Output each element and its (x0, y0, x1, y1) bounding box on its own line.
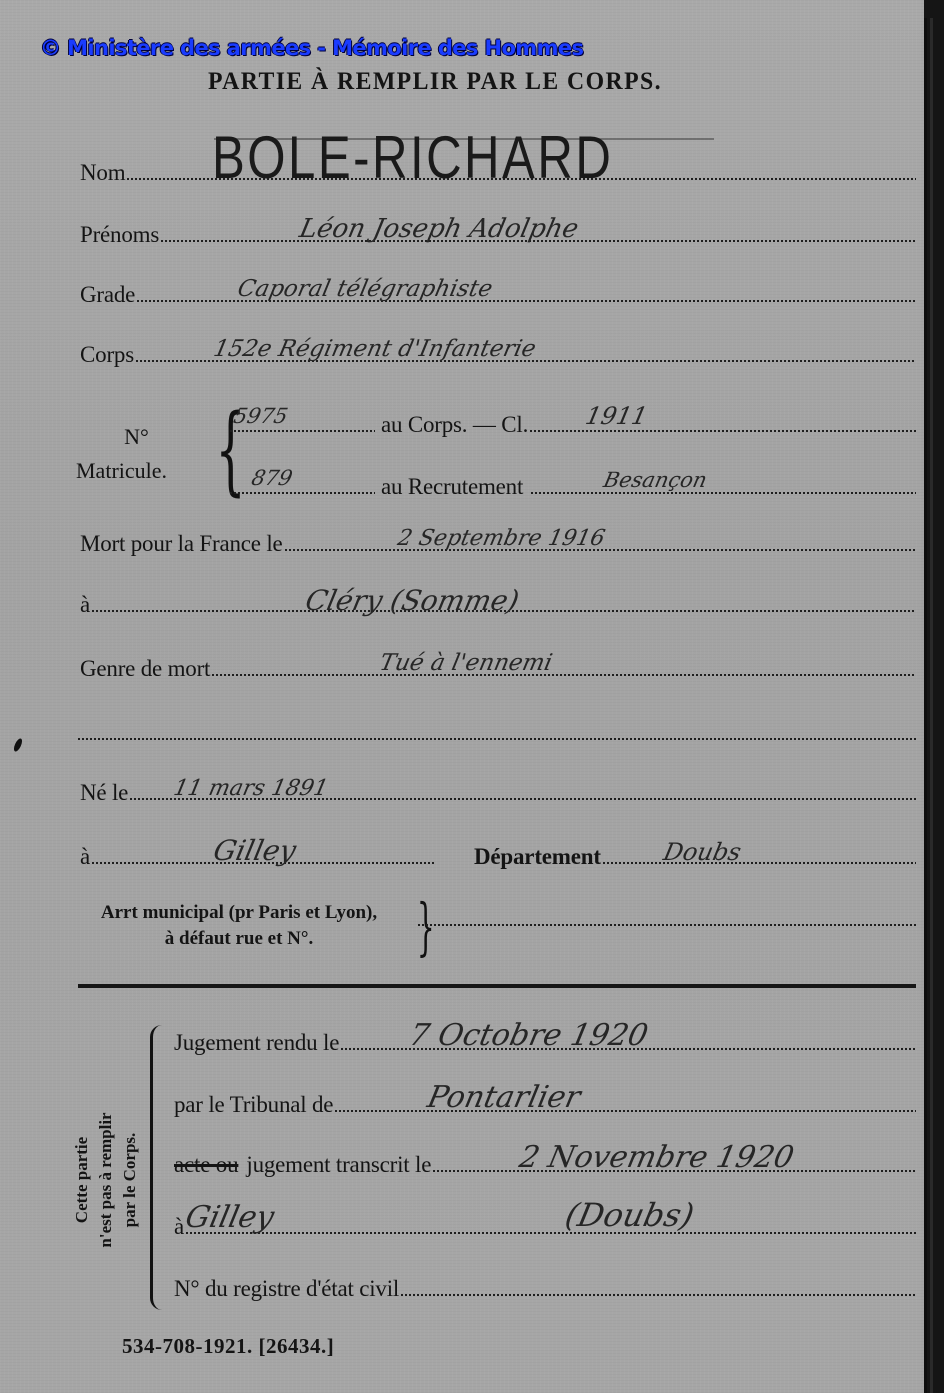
classe-value: 1911 (583, 402, 650, 430)
dotted-line (186, 1232, 916, 1234)
field-matricule-corps: au Corps. — Cl. (230, 412, 916, 438)
mort-le-value: 2 Septembre 1916 (395, 526, 607, 551)
dotted-line (401, 1294, 916, 1296)
prenoms-label: Prénoms (80, 222, 159, 248)
copyright-watermark: © Ministère des armées - Mémoire des Hom… (40, 36, 583, 60)
prenoms-value: Léon Joseph Adolphe (297, 214, 581, 244)
jugement-rendu-value: 7 Octobre 1920 (406, 1018, 651, 1053)
section-divider (78, 984, 916, 988)
nom-value: BOLE-RICHARD (212, 128, 613, 188)
dotted-line (603, 862, 916, 864)
ink-spot (12, 737, 23, 752)
mort-a-label: à (80, 592, 90, 618)
field-arrondissement (418, 916, 916, 926)
matricule-recrutement-number: 879 (249, 466, 294, 490)
dotted-line (212, 674, 916, 676)
matricule-label-text: Matricule. (76, 454, 167, 488)
field-transcrit-a: à (174, 1214, 916, 1240)
au-recrutement-label: au Recrutement (381, 474, 523, 500)
field-grade: Grade (80, 282, 916, 308)
document-page: © Ministère des armées - Mémoire des Hom… (0, 0, 944, 1393)
ne-le-label: Né le (80, 780, 128, 806)
tribunal-value: Pontarlier (424, 1080, 583, 1115)
arrondissement-label-line2: à défaut rue et N°. (74, 926, 404, 952)
mort-a-value: Cléry (Somme) (302, 584, 522, 617)
dotted-line (418, 924, 916, 926)
corps-label: Corps (80, 342, 134, 368)
genre-de-mort-label: Genre de mort (80, 656, 210, 682)
transcrit-value: 2 Novembre 1920 (516, 1140, 797, 1175)
dotted-line (230, 492, 375, 494)
transcrit-label: jugement transcrit le (246, 1152, 431, 1178)
side-note-line2: n'est pas à remplir (94, 1080, 118, 1280)
transcrit-a-value: Gilley (182, 1200, 277, 1235)
grade-label: Grade (80, 282, 135, 308)
border-line (924, 18, 927, 1393)
tribunal-label: par le Tribunal de (174, 1092, 333, 1118)
ne-a-value: Gilley (210, 834, 299, 867)
genre-de-mort-value: Tué à l'ennemi (377, 650, 554, 676)
dotted-line (230, 430, 375, 432)
judgement-brace (150, 1025, 163, 1310)
registre-label: N° du registre d'état civil (174, 1276, 399, 1302)
departement-value: Doubs (661, 838, 744, 866)
side-note-not-for-corps: Cette partie n'est pas à remplir par le … (70, 1080, 142, 1280)
matricule-label-n: N° (106, 420, 167, 454)
acte-ou-struck-label: acte ou (174, 1152, 238, 1178)
transcrit-a-label: à (174, 1214, 184, 1240)
dotted-line (78, 738, 916, 740)
arrondissement-label: Arrt municipal (pr Paris et Lyon), à déf… (74, 900, 404, 952)
matricule-label: N° Matricule. (76, 420, 167, 488)
side-note-line3: par le Corps. (118, 1080, 142, 1280)
au-corps-label: au Corps. — Cl. (381, 412, 528, 438)
jugement-rendu-label: Jugement rendu le (174, 1030, 339, 1056)
field-registre: N° du registre d'état civil (174, 1276, 916, 1302)
mort-le-label: Mort pour la France le (80, 531, 283, 557)
ne-a-label: à (80, 844, 90, 870)
scan-edge (924, 0, 944, 1393)
side-note-line1: Cette partie (70, 1080, 94, 1280)
dotted-line (531, 492, 916, 494)
recrutement-value: Besançon (601, 468, 709, 492)
corps-value: 152e Régiment d'Infanterie (211, 336, 538, 362)
grade-value: Caporal télégraphiste (235, 276, 495, 302)
arrondissement-brace: } (417, 896, 435, 958)
field-matricule-recrutement: au Recrutement (230, 474, 916, 500)
field-blank-line (78, 730, 916, 740)
departement-label: Département (474, 844, 601, 870)
nom-label: Nom (80, 160, 125, 186)
ne-le-value: 11 mars 1891 (171, 776, 330, 801)
form-heading: PARTIE À REMPLIR PAR LE CORPS. (208, 68, 662, 96)
arrondissement-label-line1: Arrt municipal (pr Paris et Lyon), (74, 900, 404, 926)
matricule-corps-number: 5975 (231, 404, 290, 428)
transcrit-a-department: (Doubs) (562, 1196, 697, 1234)
dotted-line (530, 430, 916, 432)
print-reference-code: 534-708-1921. [26434.] (122, 1334, 334, 1359)
dotted-line (335, 1110, 916, 1112)
border-line (930, 18, 933, 1393)
